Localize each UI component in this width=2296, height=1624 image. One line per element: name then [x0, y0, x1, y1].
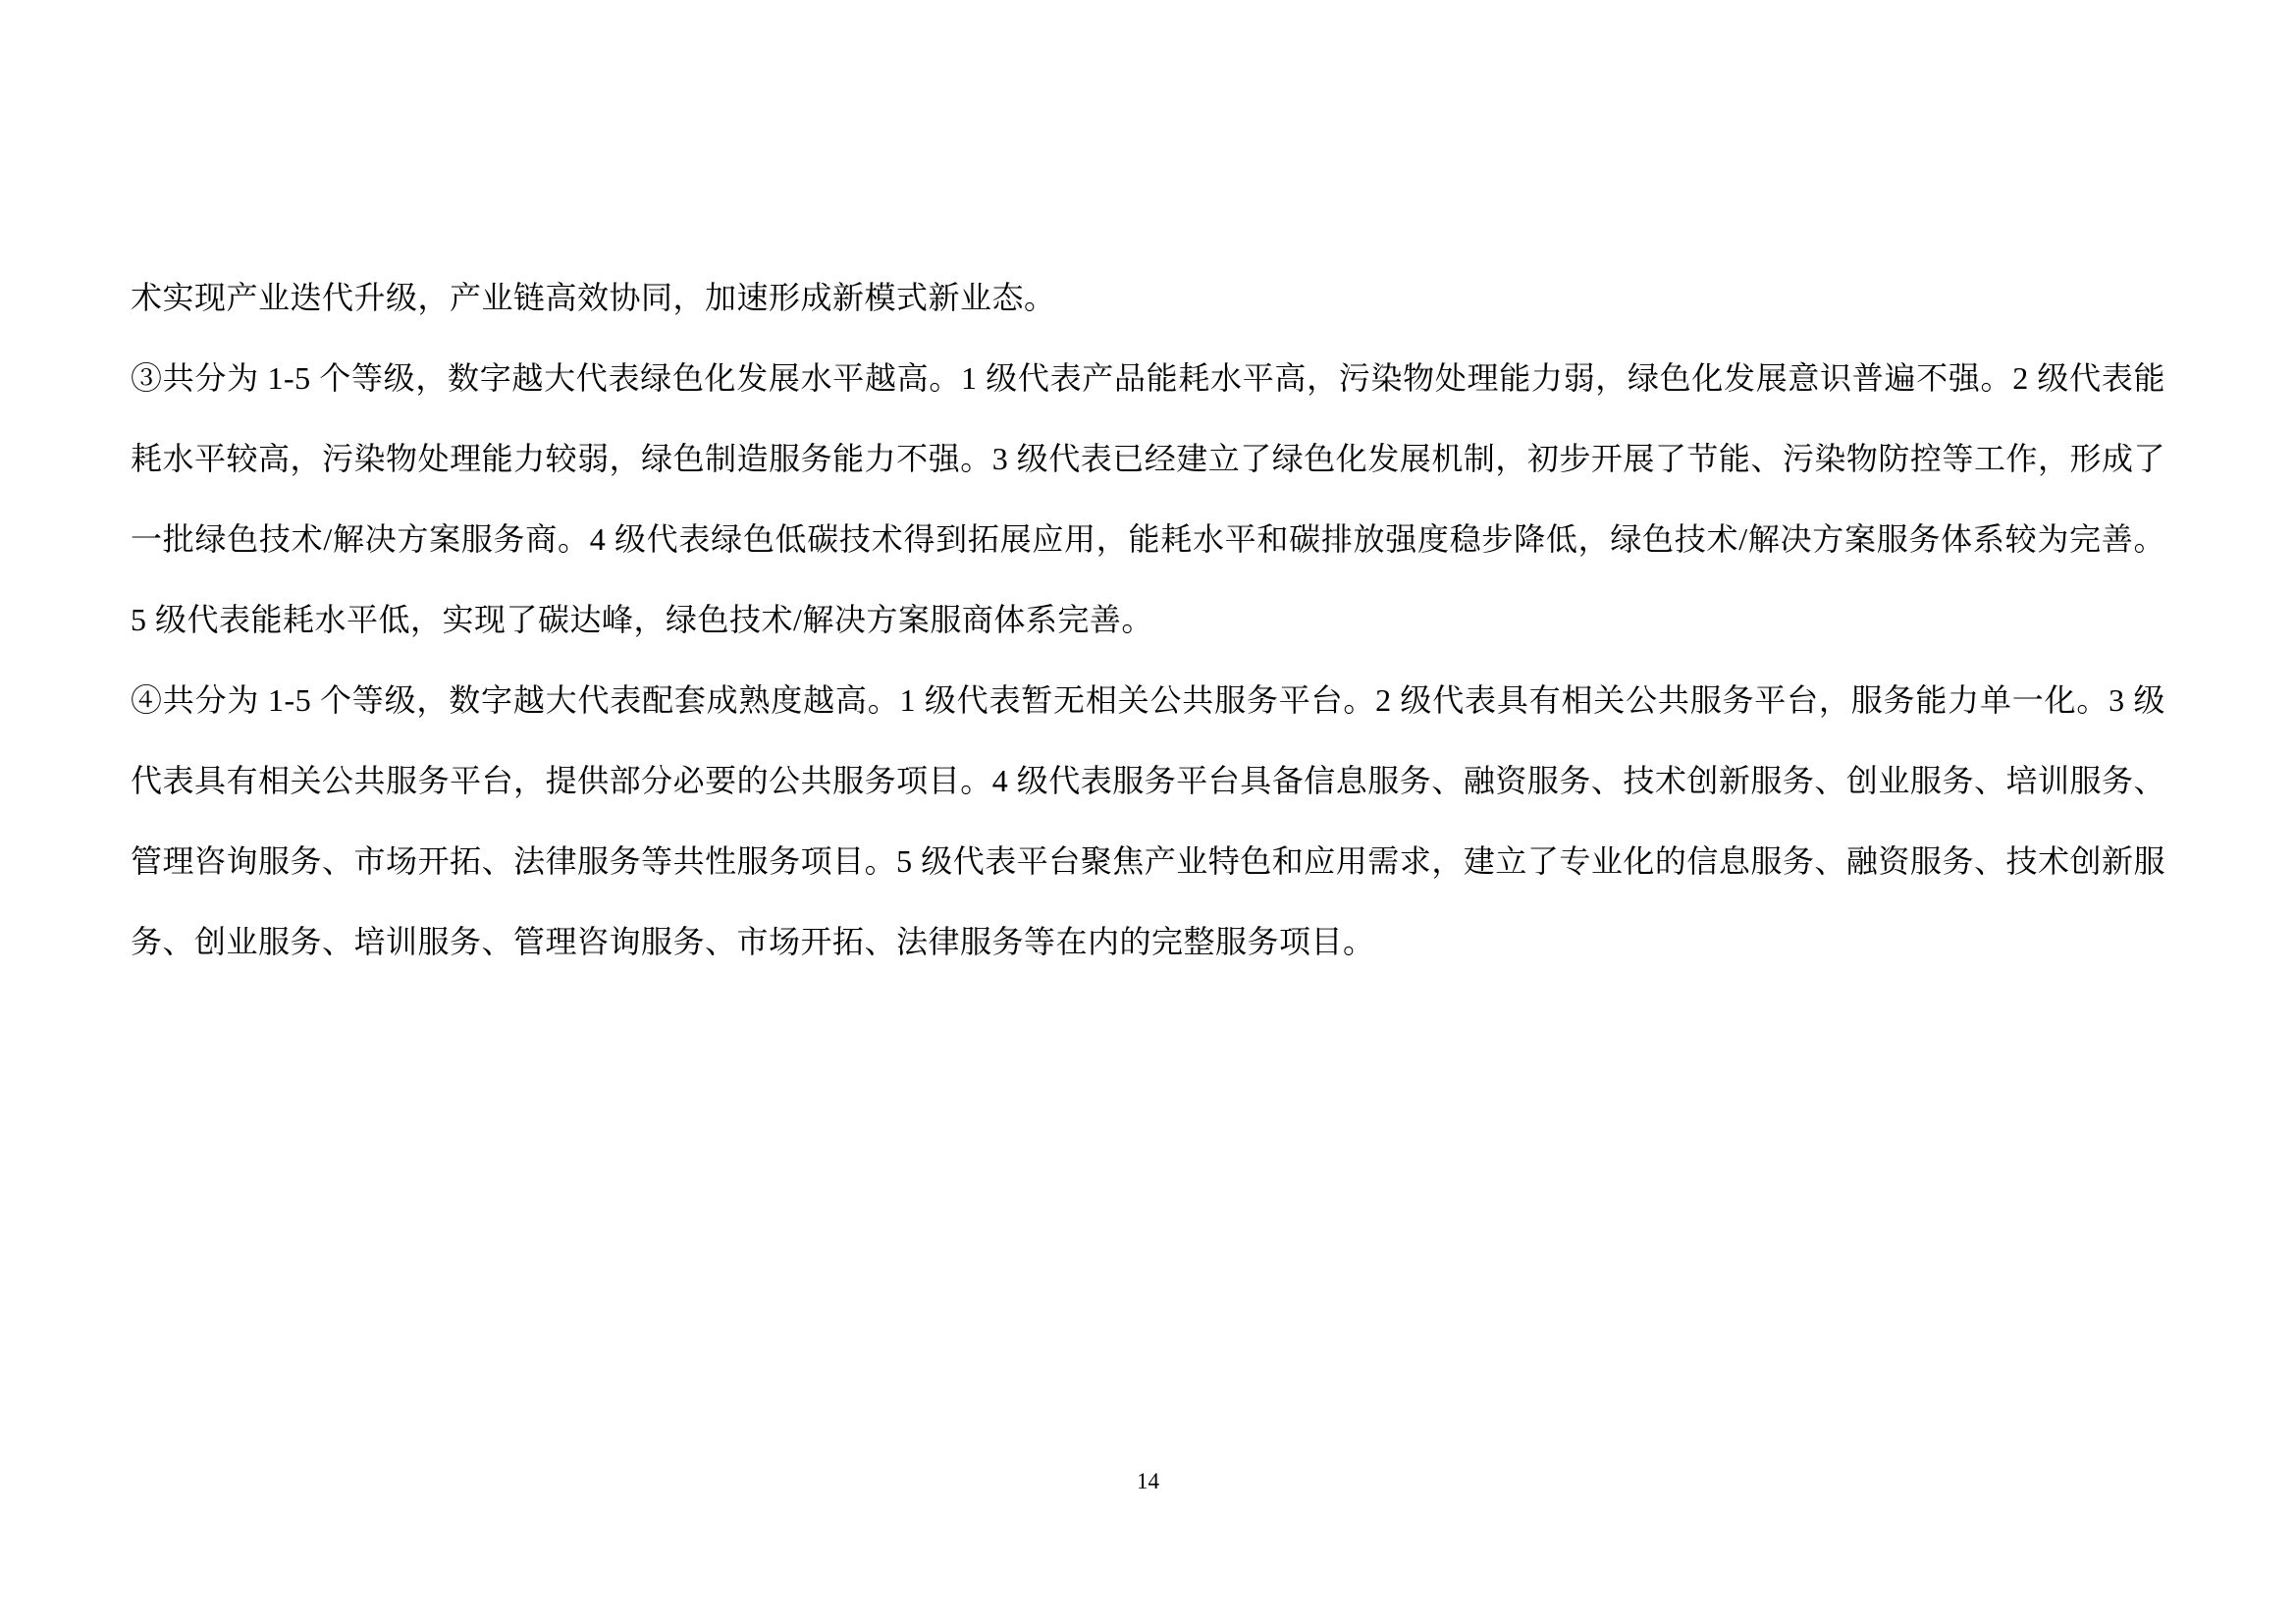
page-body: 术实现产业迭代升级，产业链高效协同，加速形成新模式新业态。 ③共分为 1-5 个…	[131, 257, 2165, 982]
footnote-4-paragraph: ④共分为 1-5 个等级，数字越大代表配套成熟度越高。1 级代表暂无相关公共服务…	[131, 660, 2165, 982]
document-page: 术实现产业迭代升级，产业链高效协同，加速形成新模式新业态。 ③共分为 1-5 个…	[0, 0, 2296, 1624]
paragraph-continuation: 术实现产业迭代升级，产业链高效协同，加速形成新模式新业态。	[131, 257, 2165, 338]
page-number: 14	[0, 1467, 2296, 1496]
footnote-3-paragraph: ③共分为 1-5 个等级，数字越大代表绿色化发展水平越高。1 级代表产品能耗水平…	[131, 338, 2165, 660]
